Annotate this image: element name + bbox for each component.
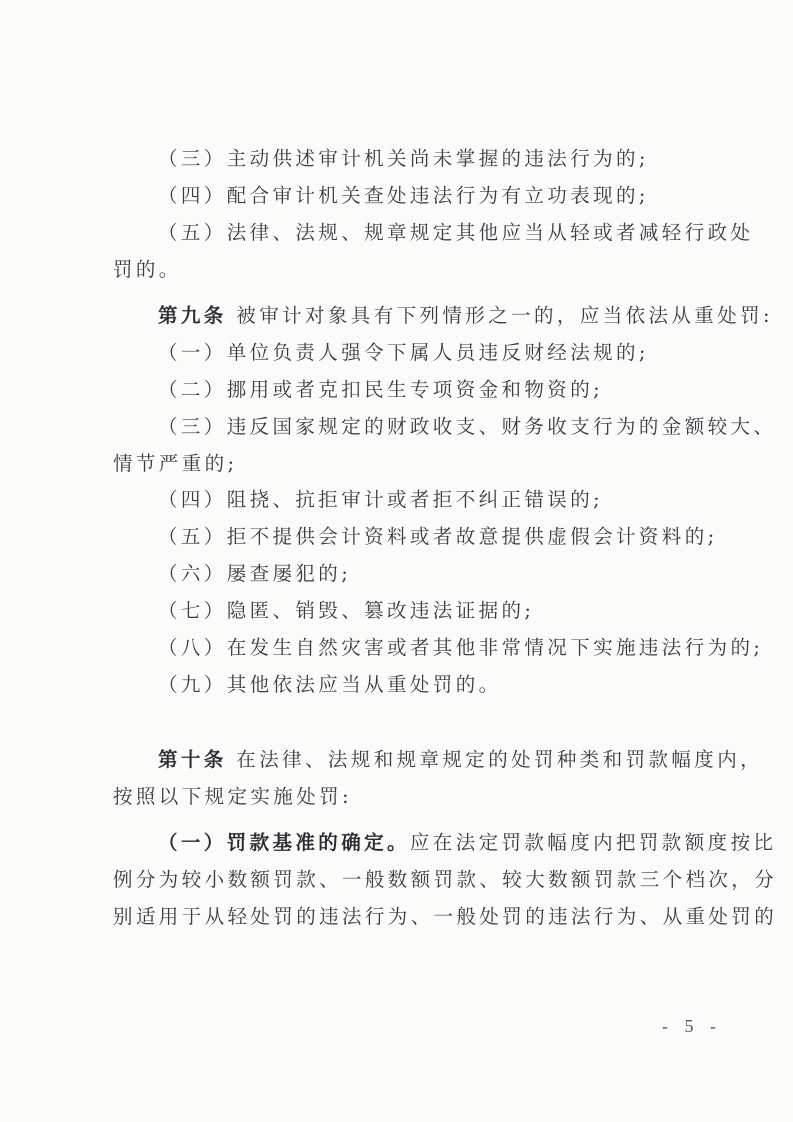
article-10-item-1-heading: （一）罚款基准的确定。 [158,831,410,854]
page-number: - 5 - [662,1016,722,1037]
article-9-item-1: （一）单位负责人强令下属人员违反财经法规的; [158,341,649,365]
article-10-item-1-cont-1: 例分为较小数额罚款、一般数额罚款、较大数额罚款三个档次，分 [113,868,777,892]
article-9-item-6: （六）屡查屡犯的; [158,562,351,586]
article-9-item-8: （八）在发生自然灾害或者其他非常情况下实施违法行为的; [158,636,763,660]
clause-item-3: （三）主动供述审计机关尚未掌握的违法行为的; [158,147,649,171]
article-10-cont: 按照以下规定实施处罚: [113,785,352,809]
article-9-item-5: （五）拒不提供会计资料或者故意提供虚假会计资料的; [158,525,718,549]
article-10-item-1: （一）罚款基准的确定。应在法定罚款幅度内把罚款额度按比 [158,831,776,855]
article-9-item-4: （四）阻挠、抗拒审计或者拒不纠正错误的; [158,488,603,512]
article-10-heading: 第十条 [158,748,227,771]
article-10-item-1-cont-2: 别适用于从轻处罚的违法行为、一般处罚的违法行为、从重处罚的 [113,905,777,929]
article-9-item-3-cont: 情节严重的; [113,452,237,476]
article-9-item-3: （三）违反国家规定的财政收支、财务收支行为的金额较大、 [158,415,776,439]
article-9-item-7: （七）隐匿、销毁、篡改违法证据的; [158,599,534,623]
article-9-heading: 第九条 [158,304,227,327]
clause-item-5-cont: 罚的。 [113,258,182,282]
clause-item-4: （四）配合审计机关查处违法行为有立功表现的; [158,184,649,208]
document-page: （三）主动供述审计机关尚未掌握的违法行为的; （四）配合审计机关查处违法行为有立… [0,0,793,1122]
article-10: 第十条 在法律、法规和规章规定的处罚种类和罚款幅度内， [158,748,763,772]
clause-item-5: （五）法律、法规、规章规定其他应当从轻或者减轻行政处 [158,221,753,245]
article-9-item-2: （二）挪用或者克扣民生专项资金和物资的; [158,378,603,402]
article-9-item-9: （九）其他依法应当从重处罚的。 [158,673,502,697]
article-9: 第九条 被审计对象具有下列情形之一的，应当依法从重处罚: [158,304,773,328]
